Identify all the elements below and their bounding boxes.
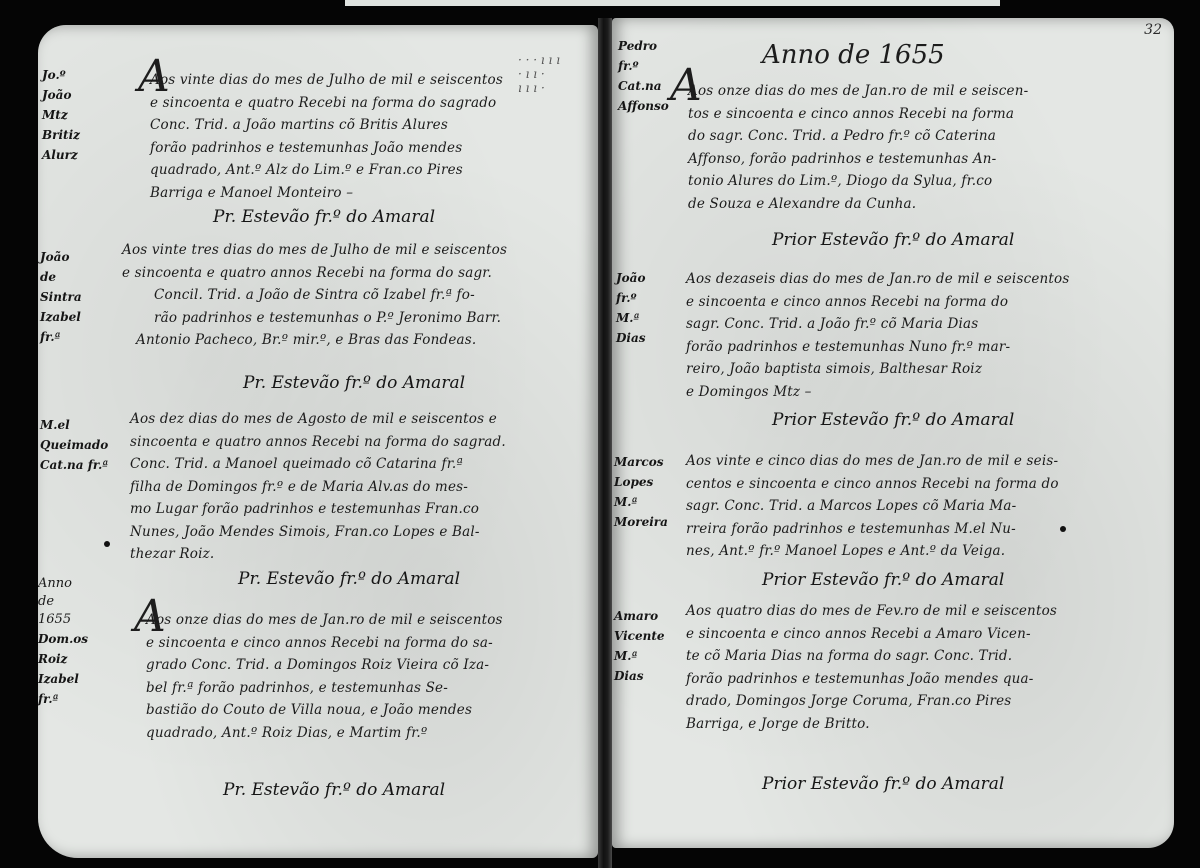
- entry-text: Aos vinte dias do mes de Julho de mil e …: [150, 69, 503, 204]
- priest-signature: Prior Estevão fr.º do Amaral: [772, 410, 1014, 430]
- entry-text: Aos quatro dias do mes de Fev.ro de mil …: [686, 600, 1057, 735]
- ink-dot: [104, 541, 110, 547]
- entry-text: Aos onze dias do mes de Jan.ro de mil e …: [688, 80, 1028, 215]
- priest-signature: Pr. Estevão fr.º do Amaral: [243, 373, 465, 393]
- bleed-through-marks: · · · ı ı ı · ı ı · ı ı ı ·: [518, 53, 560, 95]
- priest-signature: Prior Estevão fr.º do Amaral: [762, 774, 1004, 794]
- margin-names: Pedro fr.º Cat.na Affonso: [618, 36, 669, 116]
- year-margin-note: Anno de 1655: [38, 575, 72, 629]
- margin-names: João fr.º M.ª Dias: [616, 268, 646, 348]
- margin-names: Dom.os Roiz Izabel fr.ª: [38, 629, 88, 709]
- priest-signature: Prior Estevão fr.º do Amaral: [772, 230, 1014, 250]
- margin-names: M.el Queimado Cat.na fr.ª: [40, 415, 108, 475]
- year-heading: Anno de 1655: [762, 40, 945, 70]
- ink-dot: [1060, 526, 1066, 532]
- priest-signature: Pr. Estevão fr.º do Amaral: [223, 780, 445, 800]
- priest-signature: Pr. Estevão fr.º do Amaral: [213, 207, 435, 227]
- entry-text: Aos dezaseis dias do mes de Jan.ro de mi…: [686, 268, 1070, 403]
- entry-text: Aos vinte tres dias do mes de Julho de m…: [122, 239, 507, 352]
- left-page: · · · ı ı ı · ı ı · ı ı ı · Jo.º João Mt…: [38, 25, 598, 858]
- margin-names: Amaro Vicente M.ª Dias: [614, 606, 665, 686]
- right-page: 32 Anno de 1655 Pedro fr.º Cat.na Affons…: [612, 18, 1174, 848]
- scan-top-edge-strip: [345, 0, 1000, 6]
- priest-signature: Prior Estevão fr.º do Amaral: [762, 570, 1004, 590]
- margin-names: Jo.º João Mtz Britiz Alurz: [42, 65, 80, 165]
- entry-text: Aos vinte e cinco dias do mes de Jan.ro …: [686, 450, 1059, 563]
- book-gutter: [598, 18, 612, 868]
- entry-text: Aos onze dias do mes de Jan.ro de mil e …: [146, 609, 503, 744]
- folio-number: 32: [1144, 22, 1162, 38]
- priest-signature: Pr. Estevão fr.º do Amaral: [238, 569, 460, 589]
- margin-names: Marcos Lopes M.ª Moreira: [614, 452, 668, 532]
- margin-names: João de Sintra Izabel fr.ª: [40, 247, 82, 347]
- entry-text: Aos dez dias do mes de Agosto de mil e s…: [130, 408, 506, 566]
